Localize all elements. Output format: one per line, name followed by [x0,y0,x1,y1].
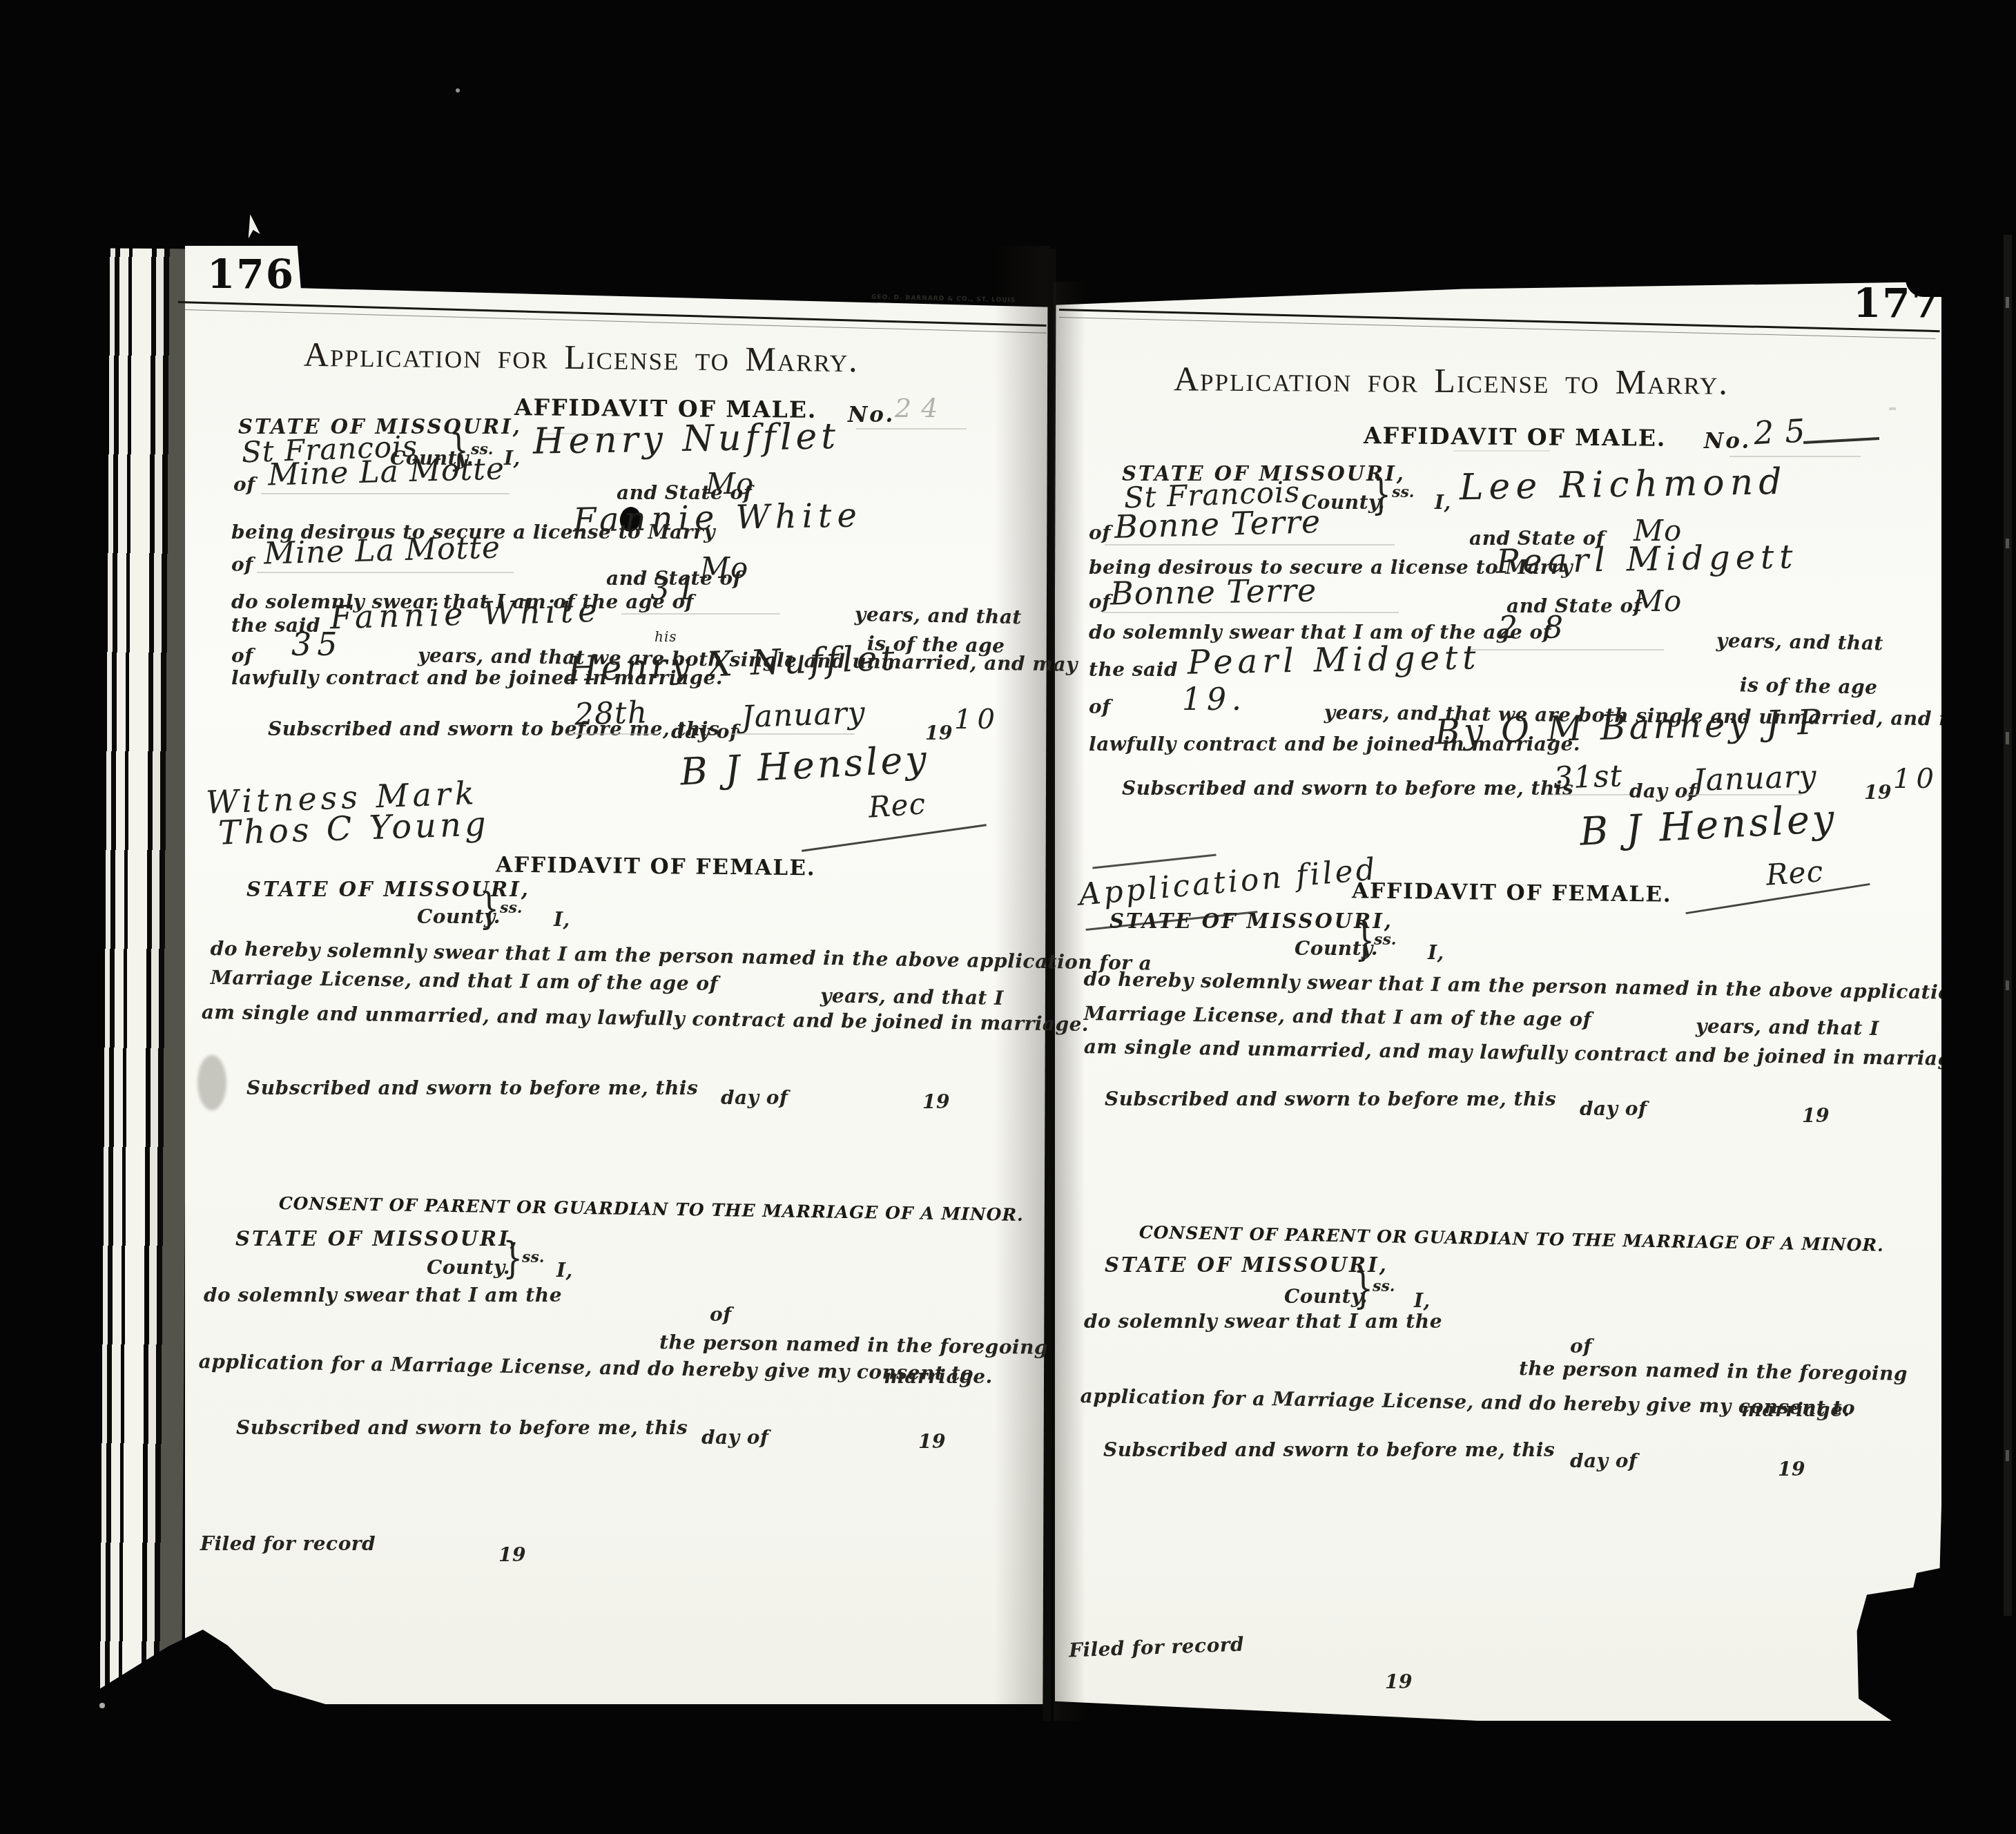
left-female-subscribed: Subscribed and sworn to before me, this [246,1077,698,1099]
left-day-of: day of [671,721,738,743]
left-groom-state-hw: Mo [706,470,754,499]
right-groom-name-hw: Lee Richmond [1460,464,1787,505]
left-month-blank [730,733,855,735]
right-year-printed: 19 [1864,782,1892,804]
right-female-i: I, [1428,942,1444,964]
left-i-label: I, [504,447,521,470]
right-female-years: years, and that I [1696,1015,1879,1040]
left-years1: years, and that [855,604,1022,628]
right-female-brace: } [1355,918,1375,961]
left-consent-year: 19 [918,1431,946,1453]
film-edge-mark [2006,981,2009,990]
right-jp-signature-hw: By O M Banney J P [1434,705,1824,750]
right-i-label: I, [1435,492,1451,514]
left-groom-residence-hw: Mine La Motte [267,454,505,491]
right-is-age: is of the age [1740,674,1878,699]
left-month-hw: January [741,698,866,733]
left-female-ss: ss. [500,900,522,916]
right-brace: } [1371,472,1391,515]
right-consent-year: 19 [1778,1458,1805,1480]
right-consent-dayof: day of [1570,1450,1637,1472]
right-consent-of: of [1570,1335,1592,1358]
right-bride-residence-hw: Bonne Terre [1110,574,1317,609]
right-consent-subscribed: Subscribed and sworn to before me, this [1103,1439,1555,1461]
dust-speck [1889,407,1896,410]
left-female-years: years, and that I [820,985,1004,1010]
left-no-blank [856,428,967,429]
left-consent-subscribed: Subscribed and sworn to before me, this [236,1417,688,1439]
right-title: Application for License to Marry. [1174,361,1729,400]
left-no-label: No. [848,405,895,426]
right-male-subscribed: Subscribed and sworn to before me, this [1122,778,1573,800]
left-consent-of: of [710,1304,732,1326]
right-years1: years, and that [1716,630,1883,655]
left-age-blank [621,613,780,615]
top-right-corner-black [1906,262,1947,297]
right-consent-brace: } [1353,1266,1373,1309]
left-female-dayof: day of [721,1087,788,1109]
left-consent-i: I, [556,1259,573,1282]
left-bride-age-hw: 35 [291,628,343,660]
left-day-hw: 28th [574,697,648,731]
right-residence-blank [1105,544,1395,546]
book-fold-shadow [994,246,1049,1704]
left-consent-ss: ss. [522,1250,544,1265]
right-the-said: the said [1089,659,1178,681]
left-consent-marriage: marriage. [884,1366,993,1388]
right-female-dayof: day of [1580,1098,1647,1120]
smudge [197,1055,226,1110]
right-female-subscribed: Subscribed and sworn to before me, this [1105,1088,1556,1110]
right-female-ss: ss. [1374,932,1396,947]
left-said-name-hw: Fannie White [329,595,601,633]
right-bride-age-hw: 19. [1182,685,1247,715]
right-male-heading: AFFIDAVIT OF MALE. [1364,424,1667,450]
left-day-blank [566,733,656,735]
right-consent-state: STATE OF MISSOURI, [1105,1255,1388,1275]
left-female-heading: AFFIDAVIT OF FEMALE. [496,855,816,880]
left-groom-age-hw: 31 [650,575,703,605]
left-bride-residence-blank [257,572,514,573]
right-female-state: STATE OF MISSOURI, [1109,911,1393,932]
left-witness2-hw: Thos C Young [217,807,490,850]
left-female-brace: } [479,887,499,929]
page-edge-stack [97,249,191,1749]
right-officiant-title-hw: Rec [1765,857,1825,890]
right-day-hw: 31st [1553,761,1623,793]
right-title-dash [1453,450,1550,452]
left-bride-residence-hw: Mine La Motte [263,533,501,570]
left-year-hw: 10 [954,706,1000,733]
left-page-number: 176 [207,254,295,294]
left-of1: of [233,474,255,496]
right-month-hw: January [1692,762,1817,796]
film-edge-strip [2004,235,2012,1616]
right-groom-residence-hw: Bonne Terre [1114,505,1321,543]
left-of3: of [231,645,253,667]
left-of2: of [231,554,253,576]
left-no-value-hw: 24 [895,395,947,421]
right-day-of: day of [1629,780,1696,802]
left-consent-line1: do solemnly swear that I am the [204,1284,562,1306]
left-female-year: 19 [922,1091,950,1113]
right-no-value-hw: 25 [1753,414,1817,450]
right-day-blank [1547,794,1629,795]
right-consent-marriage: marriage. [1741,1399,1850,1421]
dust-speck [456,88,460,93]
left-sig-his-mark-note: his [655,630,677,644]
right-consent-line1: do solemnly swear that I am the [1084,1311,1442,1333]
right-consent-ss: ss. [1373,1279,1395,1294]
left-filed-label: Filed for record [200,1533,376,1555]
left-female-i: I, [554,909,570,931]
right-bride-state-hw: Mo [1634,587,1682,616]
right-female-heading: AFFIDAVIT OF FEMALE. [1352,880,1672,906]
film-edge-mark [2006,1450,2009,1461]
right-month-blank [1685,794,1802,795]
left-bride-name-hw: Fannie White [573,499,863,537]
scanned-marriage-register-spread: 176 GEO. D. BARNARD & CO., ST. LOUIS App… [0,0,2016,1834]
right-age-blank [1471,649,1664,650]
left-year-printed: 19 [925,722,953,744]
right-filed-year: 19 [1385,1671,1413,1693]
film-edge-mark [2006,732,2009,744]
right-groom-age-hw: 2 8 [1498,613,1571,644]
left-officiant-title-hw: Rec [868,789,927,822]
right-of2: of [1089,591,1111,613]
right-female-year: 19 [1802,1105,1830,1127]
left-consent-state: STATE OF MISSOURI, [235,1229,519,1249]
left-male-subscribed: Subscribed and sworn to before me, this [268,718,719,740]
left-consent-brace: } [503,1236,523,1279]
right-of1: of [1089,522,1111,544]
right-said-name-hw: Pearl Midgett [1188,641,1481,679]
right-of3: of [1089,696,1111,718]
right-no-blank [1729,456,1861,457]
film-edge-mark [2006,297,2009,308]
right-consent-i: I, [1414,1290,1431,1312]
left-consent-county: County. [427,1257,510,1279]
left-consent-dayof: day of [701,1427,768,1449]
left-filed-year: 19 [498,1544,526,1566]
left-residence-blank [261,493,510,494]
book-fold-shadow-right [1054,282,1085,1740]
right-year-hw: 10 [1893,765,1939,793]
right-bride-residence-blank [1102,612,1399,613]
left-title: Application for License to Marry. [304,337,859,377]
film-edge-mark [2006,539,2009,548]
right-ss: ss. [1392,485,1414,500]
left-groom-name-hw: Henry Nufflet [533,418,840,460]
cursor-arrow-mark [244,213,261,239]
right-bride-name-hw: Pearl Midgett [1496,540,1799,579]
right-no-label: No. [1704,431,1751,452]
left-bride-state-hw: Mo [700,554,748,583]
dust-speck [99,1703,105,1708]
